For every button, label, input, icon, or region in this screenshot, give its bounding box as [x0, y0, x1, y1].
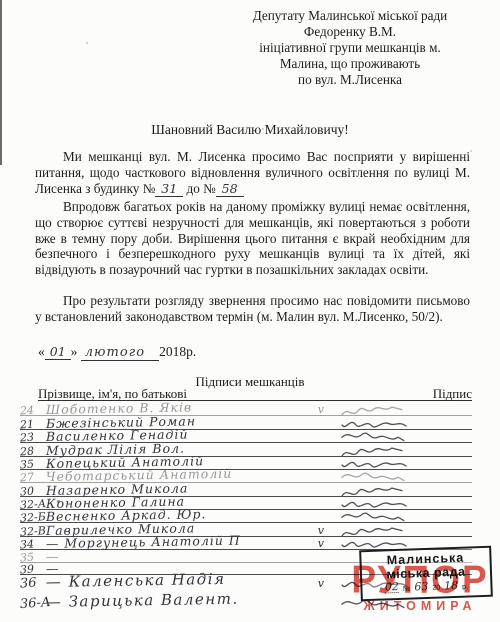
- scan-speckle: [470, 150, 472, 152]
- recipient-line: ініціативної групи мешканців м.: [222, 40, 478, 56]
- column-header-name: Прізвище, ім'я, по батькові: [38, 386, 187, 400]
- paragraph-reply-request: Про результати розгляду звернення просим…: [35, 293, 470, 325]
- date-day-handwritten: 01: [45, 344, 71, 360]
- house-number-from: 31: [155, 181, 183, 197]
- scan-edge-artifact: [0, 0, 2, 165]
- stamp-year-print: 20: [432, 585, 440, 592]
- signature-table-row: 27Чеботарський Анатолій: [20, 469, 472, 483]
- recipient-line: по вул. М.Лисенка: [222, 72, 478, 88]
- quote-close: »: [71, 344, 78, 359]
- quote-open: «: [38, 344, 45, 359]
- stamp-year-suffix: р.: [462, 584, 468, 591]
- recipient-line: Федоренку В.М.: [222, 24, 478, 40]
- paragraph-text: Про результати розгляду звернення просим…: [35, 293, 470, 324]
- stamp-number-handwritten: 63: [414, 582, 428, 592]
- row-checkmark: v: [318, 577, 324, 590]
- signature-table-row: 24Шоботенко В. Яківv: [20, 402, 472, 416]
- row-checkmark: v: [318, 524, 324, 537]
- paragraph-text: до №: [183, 181, 215, 196]
- recipient-block: Депутату Малинської міської ради Федорен…: [222, 8, 478, 88]
- stamp-day-handwritten: 02: [385, 582, 399, 593]
- signatures-table-header: Прізвище, ім'я, по батькові Підпис: [38, 386, 472, 401]
- recipient-line: Малина, що проживають: [222, 56, 478, 72]
- row-checkmark: v: [318, 403, 324, 416]
- stamp-year-handwritten: 18: [444, 581, 458, 591]
- row-house-number: 36: [19, 575, 37, 591]
- recipient-line: Депутату Малинської міської ради: [222, 8, 478, 24]
- row-resident-name: — Зарицька Валент.: [46, 590, 239, 611]
- salutation: Шановний Василю Михайловичу!: [0, 122, 500, 138]
- column-header-signature: Підпис: [433, 386, 472, 400]
- signature-table-row: 32-БВесненко Аркад. Юр.: [20, 509, 472, 523]
- date-line: «01» лютого2018р.: [38, 344, 196, 360]
- paragraph-text: Впродовж багатьох років на даному проміж…: [35, 199, 470, 277]
- paragraph-request: Ми мешканці вул. М. Лисенка просимо Вас …: [35, 149, 470, 196]
- date-year: 2018р.: [159, 344, 196, 359]
- paragraph-text: Ми мешканці вул. М. Лисенка просимо Вас …: [35, 149, 470, 196]
- house-number-to: 58: [216, 181, 244, 197]
- stamp-number-label: №: [403, 586, 411, 593]
- scan-speckle: [86, 42, 88, 44]
- row-resident-name: — Каленська Надія: [46, 570, 226, 591]
- row-house-number: 39: [20, 563, 35, 577]
- paragraph-justification: Впродовж багатьох років на даному проміж…: [35, 199, 470, 278]
- council-stamp: Малинська міська рада 02 № 63 20 18 р.: [359, 546, 493, 602]
- signature-table-row: 23Василенко Генадій: [20, 429, 472, 443]
- scanned-petition-page: Депутату Малинської міської ради Федорен…: [0, 0, 500, 622]
- date-month-handwritten: лютого: [81, 345, 159, 361]
